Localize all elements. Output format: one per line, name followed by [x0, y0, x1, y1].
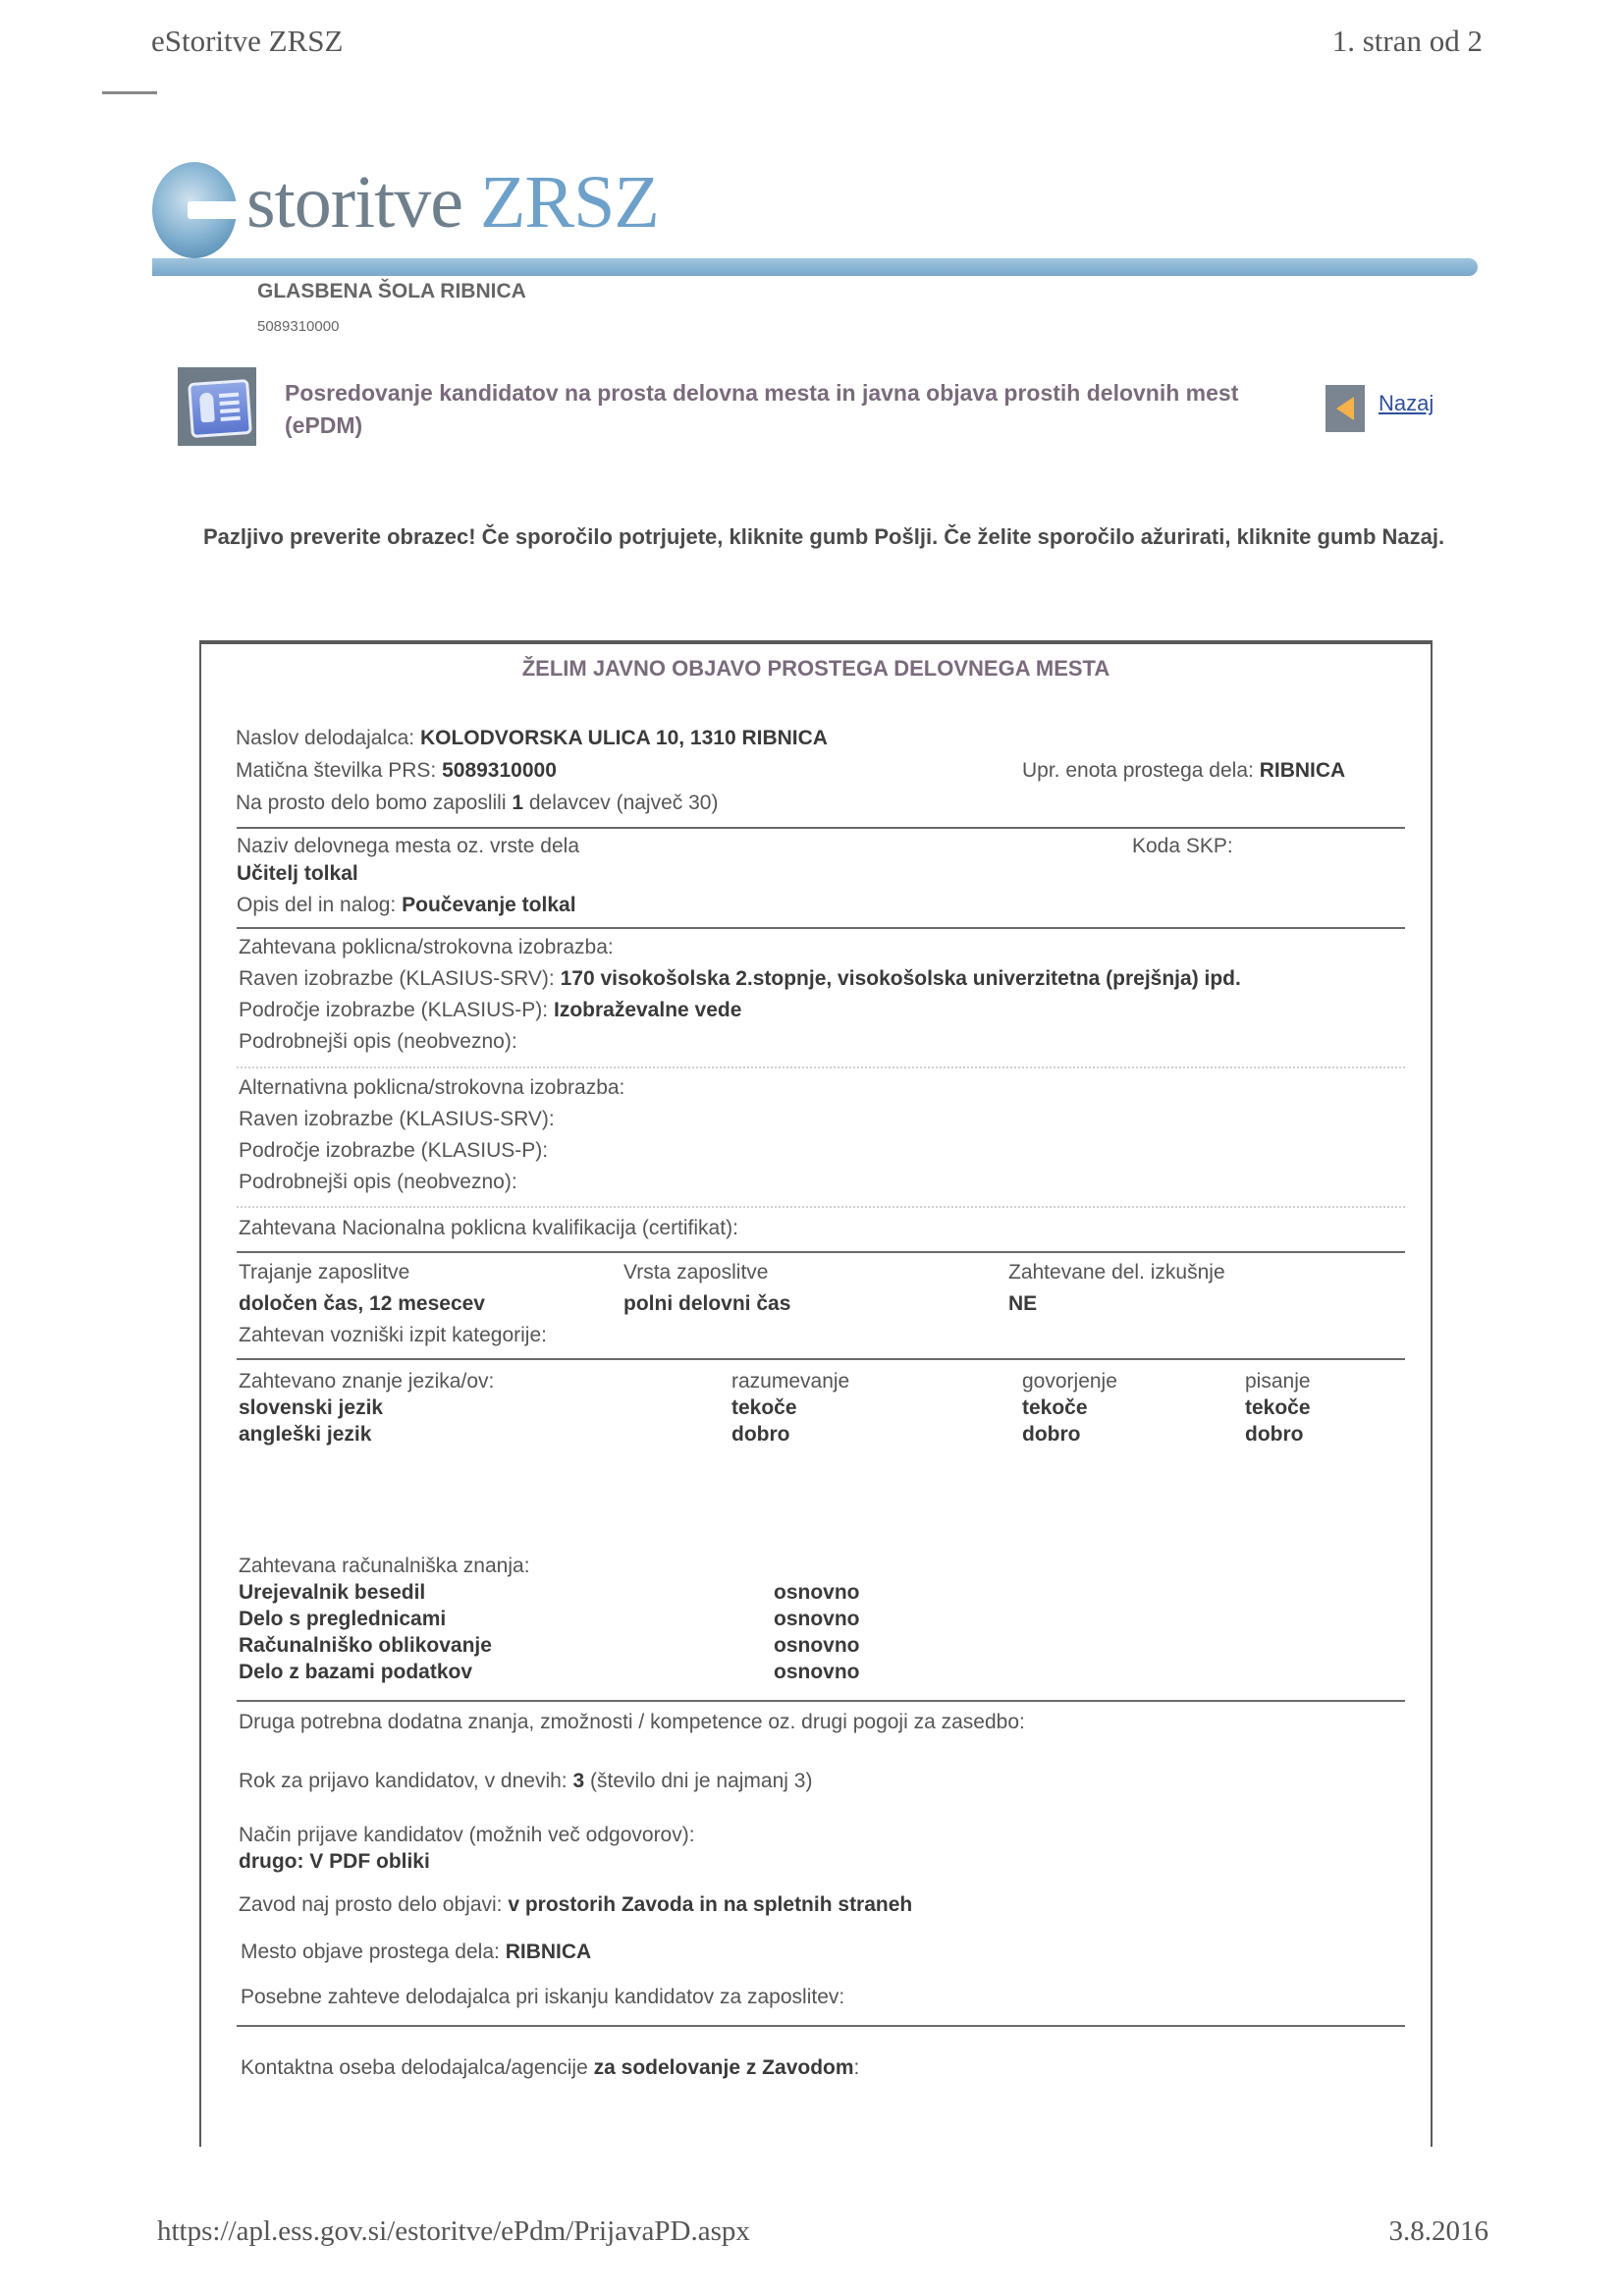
admin-unit: Upr. enota prostega dela: RIBNICA: [1022, 759, 1345, 783]
print-header-title: eStoritve ZRSZ: [151, 24, 343, 59]
language-level: dobro: [1022, 1423, 1080, 1447]
job-name-label: Naziv delovnega mesta oz. vrste dela: [237, 835, 579, 858]
employer-address: Naslov delodajalca: KOLODVORSKA ULICA 10…: [236, 727, 828, 750]
job-name-value: Učitelj tolkal: [237, 862, 358, 886]
e-logo-icon: [152, 162, 237, 258]
language-row: slovenski jezik: [239, 1396, 383, 1420]
education-detail-label: Podrobnejši opis (neobvezno):: [239, 1030, 517, 1054]
experience-label: Zahtevane del. izkušnje: [1008, 1261, 1225, 1285]
logo-brand: ZRSZ: [480, 161, 659, 244]
language-level: tekoče: [1245, 1396, 1311, 1420]
print-footer-date: 3.8.2016: [1389, 2215, 1489, 2248]
skill-level: osnovno: [774, 1581, 860, 1605]
publish-option: Zavod naj prosto delo objavi: v prostori…: [239, 1893, 912, 1917]
skill-row: Računalniško oblikovanje: [239, 1634, 492, 1658]
organization-name: GLASBENA ŠOLA RIBNICA: [257, 280, 526, 303]
divider: [237, 827, 1405, 829]
driving-license-label: Zahtevan vozniški izpit kategorije:: [239, 1324, 547, 1347]
skp-code-label: Koda SKP:: [1132, 835, 1233, 858]
language-level: tekoče: [1022, 1396, 1088, 1420]
divider: [237, 1700, 1405, 1702]
experience-value: NE: [1008, 1292, 1037, 1316]
npk-label: Zahtevana Nacionalna poklicna kvalifikac…: [239, 1217, 738, 1240]
special-requirements-label: Posebne zahteve delodajalca pri iskanju …: [241, 1986, 844, 2009]
prs-number: Matična številka PRS: 5089310000: [236, 759, 557, 783]
print-footer-url: https://apl.ess.gov.si/estoritve/ePdm/Pr…: [157, 2215, 750, 2248]
skill-level: osnovno: [774, 1634, 860, 1658]
skill-level: osnovno: [774, 1661, 860, 1684]
organization-id: 5089310000: [257, 318, 339, 335]
education-field: Področje izobrazbe (KLASIUS-P): Izobraže…: [239, 999, 741, 1022]
notice-text: Pazljivo preverite obrazec! Če sporočilo…: [203, 522, 1450, 552]
job-posting-form: ŽELIM JAVNO OBJAVO PROSTEGA DELOVNEGA ME…: [199, 640, 1433, 2147]
languages-heading: Zahtevano znanje jezika/ov:: [239, 1370, 494, 1394]
task-description: Opis del in nalog: Poučevanje tolkal: [237, 894, 576, 917]
alt-education-detail-label: Podrobnejši opis (neobvezno):: [239, 1171, 517, 1194]
back-arrow-icon[interactable]: [1325, 385, 1365, 432]
service-title: Posredovanje kandidatov na prosta delovn…: [285, 377, 1267, 442]
skill-row: Urejevalnik besedil: [239, 1581, 425, 1605]
alt-education-field-label: Področje izobrazbe (KLASIUS-P):: [239, 1139, 548, 1163]
language-level: dobro: [1245, 1423, 1303, 1447]
application-method-label: Način prijave kandidatov (možnih več odg…: [239, 1824, 695, 1847]
skill-row: Delo z bazami podatkov: [239, 1661, 472, 1684]
education-level: Raven izobrazbe (KLASIUS-SRV): 170 visok…: [239, 967, 1241, 991]
id-card-icon: [178, 367, 256, 446]
divider: [102, 91, 157, 94]
employment-type-label: Vrsta zaposlitve: [623, 1261, 768, 1285]
application-deadline: Rok za prijavo kandidatov, v dnevih: 3 (…: [239, 1770, 812, 1793]
language-level: tekoče: [731, 1396, 797, 1420]
logo-text: storitve ZRSZ: [246, 160, 659, 246]
computer-skills-heading: Zahtevana računalniška znanja:: [239, 1555, 530, 1578]
logo-bar: [152, 258, 1478, 276]
divider: [237, 1066, 1405, 1068]
language-col-understanding: razumevanje: [731, 1370, 849, 1394]
employee-count: Na prosto delo bomo zaposlili 1 delavcev…: [236, 792, 718, 815]
application-method-value: drugo: V PDF obliki: [239, 1850, 430, 1874]
duration-label: Trajanje zaposlitve: [239, 1261, 409, 1285]
divider: [237, 1206, 1405, 1208]
print-page-indicator: 1. stran od 2: [1332, 24, 1483, 59]
divider: [237, 927, 1405, 929]
language-col-speaking: govorjenje: [1022, 1370, 1117, 1394]
divider: [237, 1251, 1405, 1253]
logo-prefix: storitve: [246, 161, 462, 244]
skill-level: osnovno: [774, 1608, 860, 1631]
form-title: ŽELIM JAVNO OBJAVO PROSTEGA DELOVNEGA ME…: [201, 656, 1431, 682]
duration-value: določen čas, 12 mesecev: [239, 1292, 485, 1316]
divider: [237, 1358, 1405, 1360]
language-col-writing: pisanje: [1245, 1370, 1311, 1394]
estoritve-logo: storitve ZRSZ: [152, 162, 1478, 280]
language-row: angleški jezik: [239, 1423, 371, 1447]
divider: [237, 2025, 1405, 2027]
publish-place: Mesto objave prostega dela: RIBNICA: [241, 1941, 591, 1964]
language-level: dobro: [731, 1423, 789, 1447]
skill-row: Delo s preglednicami: [239, 1608, 446, 1631]
alt-education-level-label: Raven izobrazbe (KLASIUS-SRV):: [239, 1108, 555, 1131]
back-link[interactable]: Nazaj: [1379, 391, 1434, 416]
other-skills-label: Druga potrebna dodatna znanja, zmožnosti…: [239, 1711, 1025, 1734]
employment-type-value: polni delovni čas: [623, 1292, 790, 1316]
alternative-education-heading: Alternativna poklicna/strokovna izobrazb…: [239, 1076, 624, 1100]
contact-person: Kontaktna oseba delodajalca/agencije za …: [241, 2056, 859, 2080]
required-education-heading: Zahtevana poklicna/strokovna izobrazba:: [239, 936, 614, 959]
